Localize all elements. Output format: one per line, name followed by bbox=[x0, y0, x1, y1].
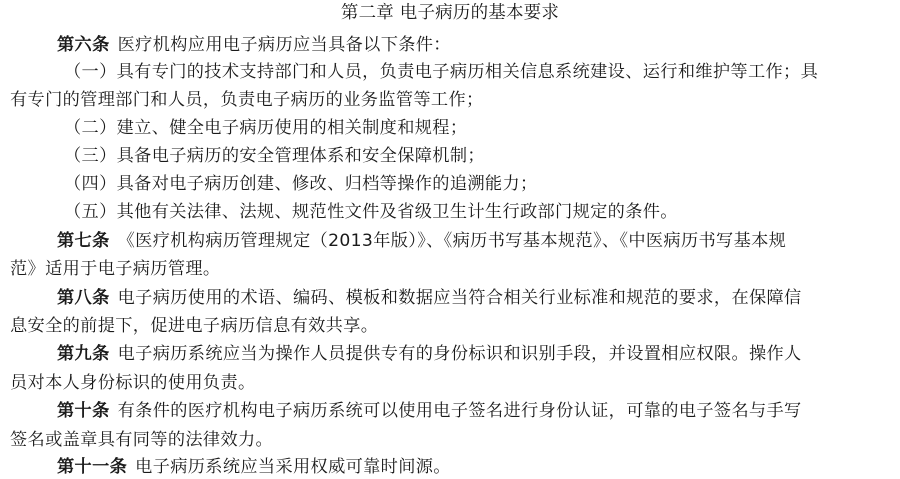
article-7-line-2: 范》适用于电子病历管理。 bbox=[10, 258, 220, 280]
document-page: 第二章 电子病历的基本要求 第六条医疗机构应用电子病历应当具备以下条件： （一）… bbox=[0, 0, 900, 479]
article-8-line-1: 第八条电子病历使用的术语、编码、模板和数据应当符合相关行业标准和规范的要求，在保… bbox=[57, 287, 802, 309]
article-text: 有条件的医疗机构电子病历系统可以使用电子签名进行身份认证，可靠的电子签名与手写 bbox=[118, 401, 802, 421]
article-7-line-1: 第七条《医疗机构病历管理规定（2013年版）》、《病历书写基本规范》、《中医病历… bbox=[57, 230, 786, 252]
article-10-line-2: 签名或盖章具有同等的法律效力。 bbox=[10, 429, 273, 451]
article-text: 电子病历系统应当采用权威可靠时间源。 bbox=[135, 457, 451, 477]
article-6-item-3: （三）具备电子病历的安全管理体系和安全保障机制； bbox=[64, 145, 485, 167]
article-6-item-4: （四）具备对电子病历创建、修改、归档等操作的追溯能力； bbox=[64, 173, 538, 195]
article-6-item-5: （五）其他有关法律、法规、规范性文件及省级卫生计生行政部门规定的条件。 bbox=[64, 201, 678, 223]
chapter-title: 第二章 电子病历的基本要求 bbox=[0, 2, 900, 24]
article-6-item-1-line-1: （一）具有专门的技术支持部门和人员，负责电子病历相关信息系统建设、运行和维护等工… bbox=[64, 61, 818, 83]
article-8-line-2: 息安全的前提下，促进电子病历信息有效共享。 bbox=[10, 315, 378, 337]
article-9-line-2: 员对本人身份标识的使用负责。 bbox=[10, 372, 256, 394]
article-text: 电子病历使用的术语、编码、模板和数据应当符合相关行业标准和规范的要求，在保障信 bbox=[118, 288, 802, 308]
article-label: 第七条 bbox=[57, 231, 110, 251]
article-text: 电子病历系统应当为操作人员提供专有的身份标识和识别手段，并设置相应权限。操作人 bbox=[118, 344, 802, 364]
article-text: 《医疗机构病历管理规定（2013年版）》、《病历书写基本规范》、《中医病历书写基… bbox=[118, 231, 787, 251]
article-label: 第十条 bbox=[57, 401, 110, 421]
article-6-line-1: 第六条医疗机构应用电子病历应当具备以下条件： bbox=[57, 34, 451, 56]
article-label: 第九条 bbox=[57, 344, 110, 364]
article-label: 第八条 bbox=[57, 288, 110, 308]
article-label: 第六条 bbox=[57, 35, 110, 55]
article-11-line-1: 第十一条电子病历系统应当采用权威可靠时间源。 bbox=[57, 456, 451, 478]
article-label: 第十一条 bbox=[57, 457, 127, 477]
article-10-line-1: 第十条有条件的医疗机构电子病历系统可以使用电子签名进行身份认证，可靠的电子签名与… bbox=[57, 400, 802, 422]
article-6-item-2: （二）建立、健全电子病历使用的相关制度和规程； bbox=[64, 117, 467, 139]
article-9-line-1: 第九条电子病历系统应当为操作人员提供专有的身份标识和识别手段，并设置相应权限。操… bbox=[57, 343, 802, 365]
article-text: 医疗机构应用电子病历应当具备以下条件： bbox=[118, 35, 451, 55]
article-6-item-1-line-2: 有专门的管理部门和人员，负责电子病历的业务监管等工作； bbox=[10, 89, 484, 111]
